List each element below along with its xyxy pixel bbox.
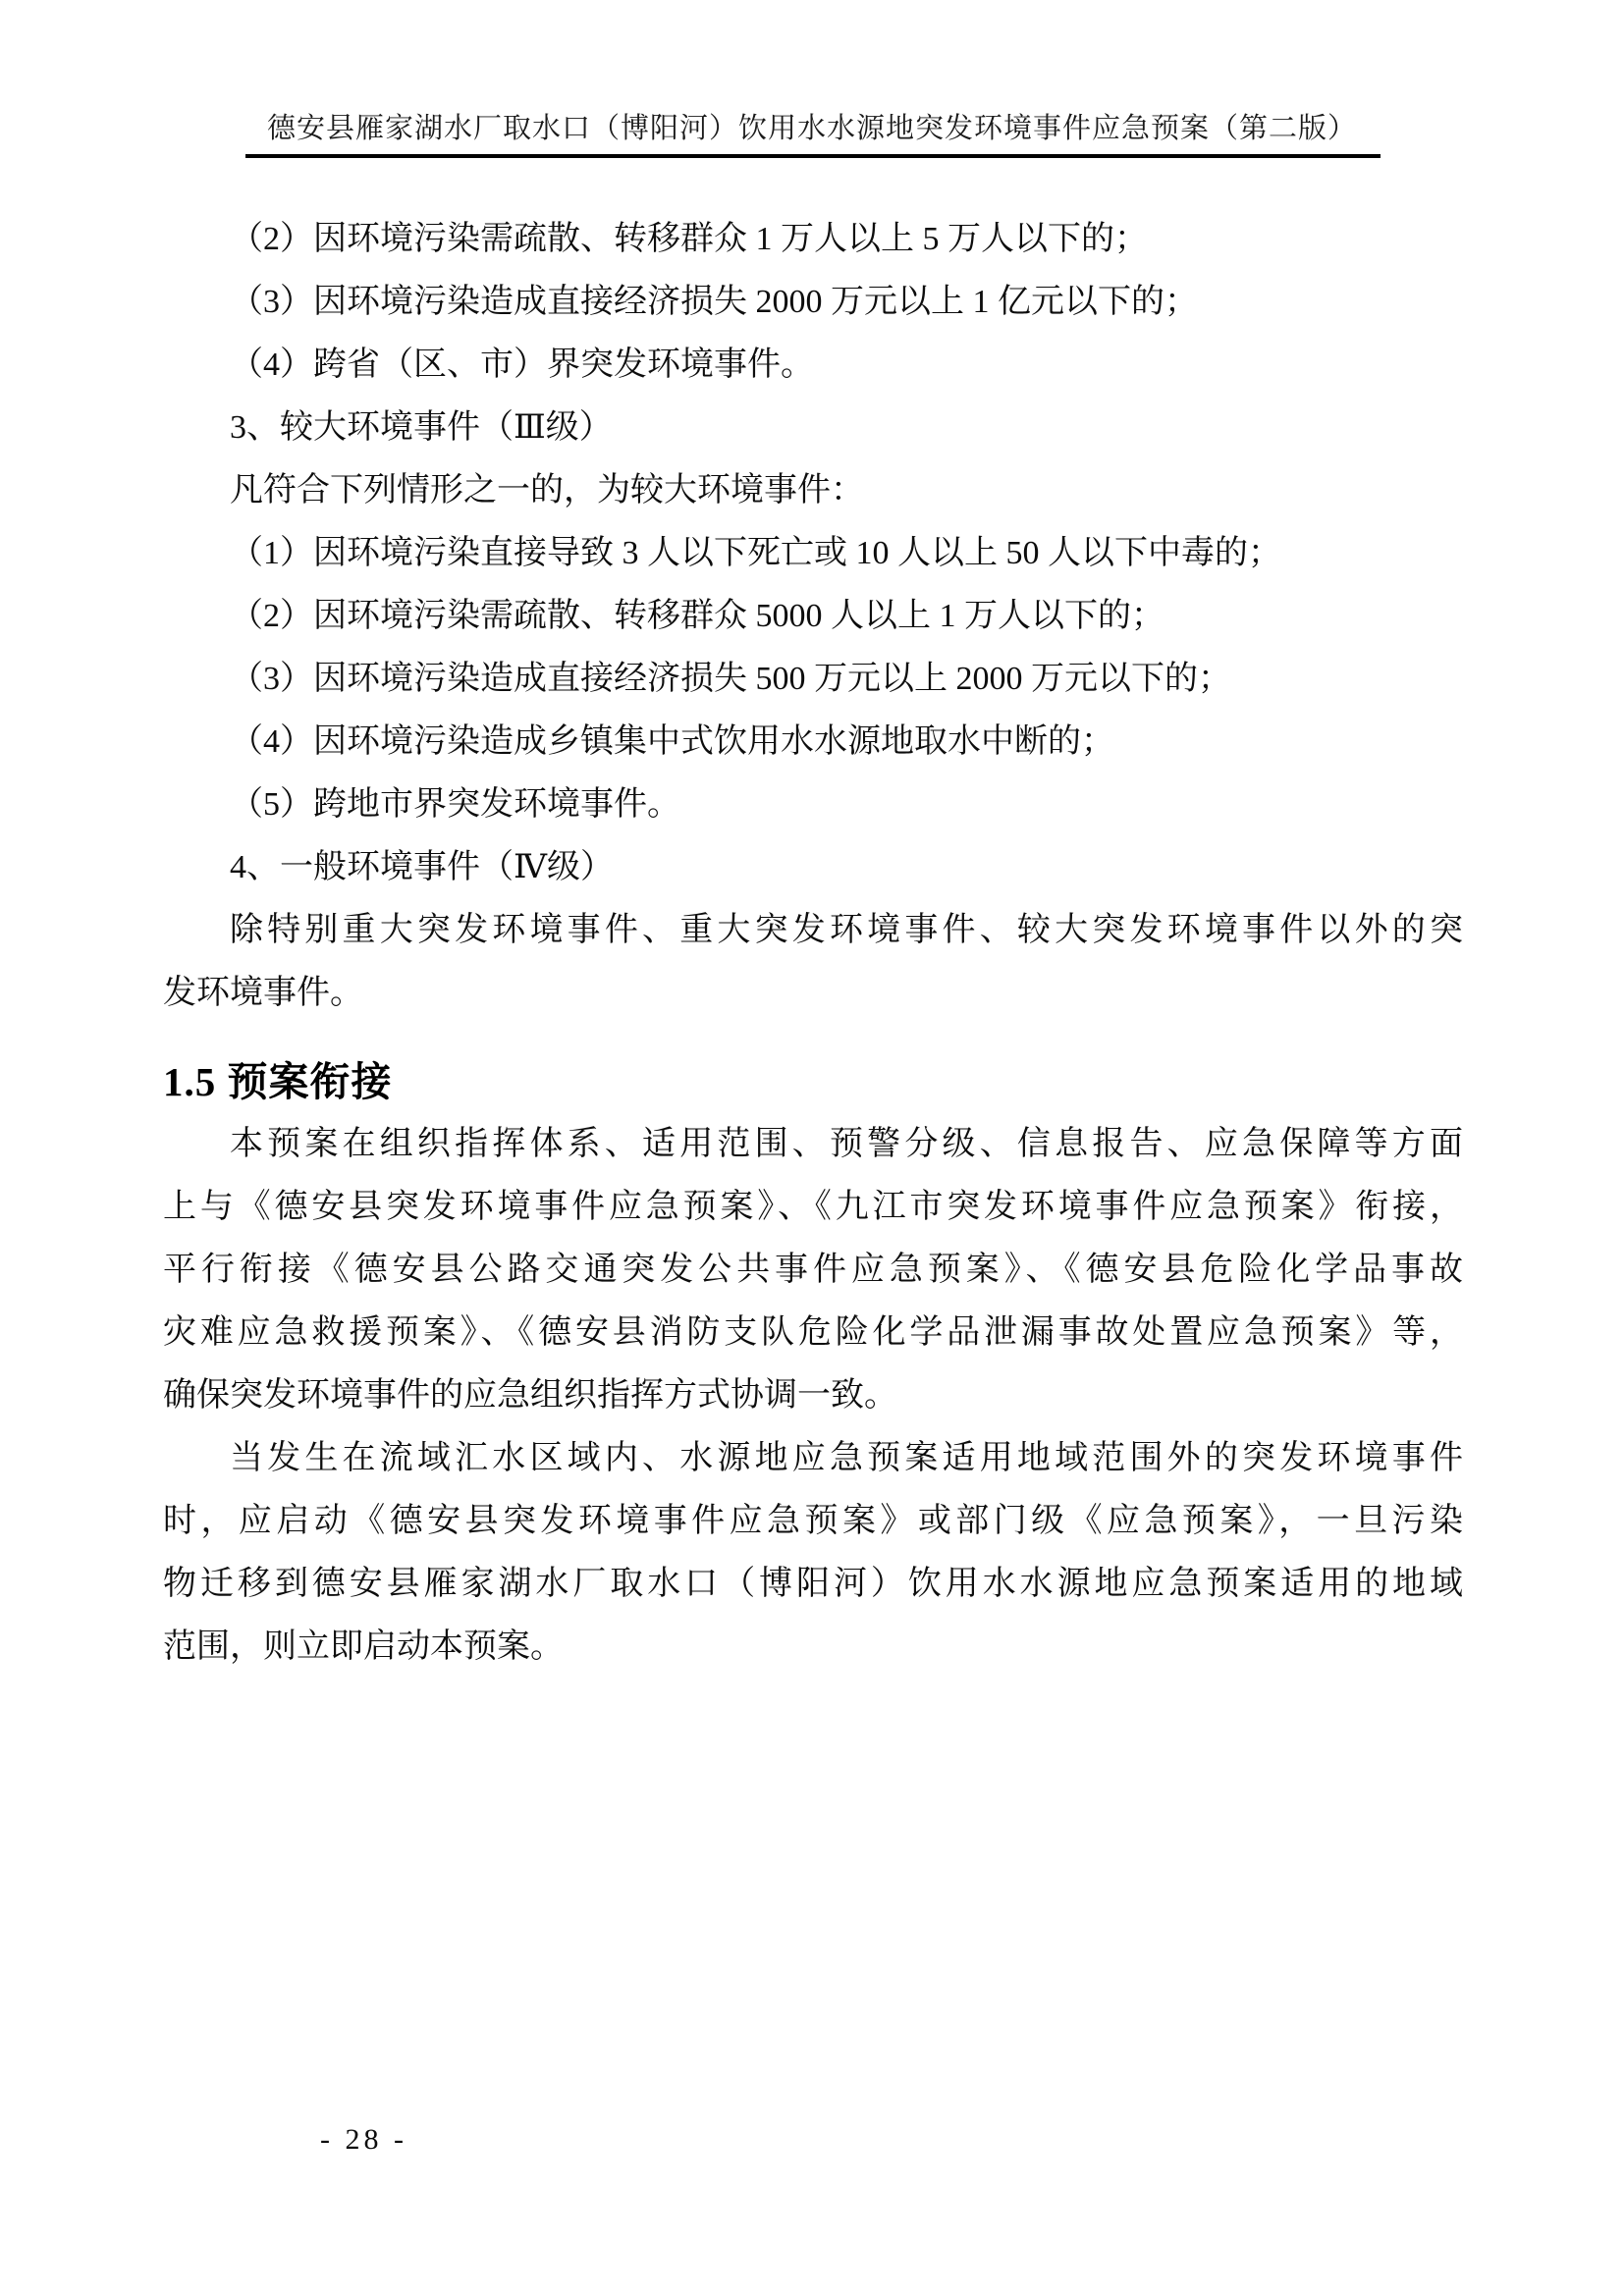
page-header-title: 德安县雁家湖水厂取水口（博阳河）饮用水水源地突发环境事件应急预案（第二版） xyxy=(0,106,1624,151)
doc-line: 确保突发环境事件的应急组织指挥方式协调一致。 xyxy=(163,1364,1463,1427)
doc-line: 平行衔接《德安县公路交通突发公共事件应急预案》、《德安县危险化学品事故 xyxy=(163,1239,1463,1302)
doc-line: （2）因环境污染需疏散、转移群众 1 万人以上 5 万人以下的； xyxy=(163,208,1463,271)
section-heading-1-5: 1.5 预案衔接 xyxy=(163,1025,1463,1113)
doc-line: 物迁移到德安县雁家湖水厂取水口（博阳河）饮用水水源地应急预案适用的地域 xyxy=(163,1553,1463,1616)
doc-line: （1）因环境污染直接导致 3 人以下死亡或 10 人以上 50 人以下中毒的； xyxy=(163,522,1463,585)
doc-line: 凡符合下列情形之一的，为较大环境事件： xyxy=(163,459,1463,522)
doc-line: （3）因环境污染造成直接经济损失 2000 万元以上 1 亿元以下的； xyxy=(163,271,1463,334)
doc-line: 灾难应急救援预案》、《德安县消防支队危险化学品泄漏事故处置应急预案》等， xyxy=(163,1302,1463,1364)
doc-line: 当发生在流域汇水区域内、水源地应急预案适用地域范围外的突发环境事件 xyxy=(163,1427,1463,1490)
doc-line: 发环境事件。 xyxy=(163,962,1463,1025)
doc-line: 4、一般环境事件（Ⅳ级） xyxy=(163,836,1463,899)
page-number: - 28 - xyxy=(320,2123,407,2157)
doc-line: 时，应启动《德安县突发环境事件应急预案》或部门级《应急预案》，一旦污染 xyxy=(163,1490,1463,1553)
doc-line: （5）跨地市界突发环境事件。 xyxy=(163,774,1463,836)
doc-line: （4）跨省（区、市）界突发环境事件。 xyxy=(163,334,1463,397)
document-page: 德安县雁家湖水厂取水口（博阳河）饮用水水源地突发环境事件应急预案（第二版） （2… xyxy=(0,0,1624,2296)
doc-line: （2）因环境污染需疏散、转移群众 5000 人以上 1 万人以下的； xyxy=(163,585,1463,648)
doc-line: （3）因环境污染造成直接经济损失 500 万元以上 2000 万元以下的； xyxy=(163,648,1463,711)
doc-line: 本预案在组织指挥体系、适用范围、预警分级、信息报告、应急保障等方面 xyxy=(163,1113,1463,1176)
doc-line: 3、较大环境事件（Ⅲ级） xyxy=(163,397,1463,459)
header-divider-rule xyxy=(245,154,1380,158)
doc-line: （4）因环境污染造成乡镇集中式饮用水水源地取水中断的； xyxy=(163,711,1463,774)
page-header: 德安县雁家湖水厂取水口（博阳河）饮用水水源地突发环境事件应急预案（第二版） xyxy=(0,106,1624,151)
doc-line: 上与《德安县突发环境事件应急预案》、《九江市突发环境事件应急预案》衔接， xyxy=(163,1176,1463,1239)
document-body: （2）因环境污染需疏散、转移群众 1 万人以上 5 万人以下的； （3）因环境污… xyxy=(163,208,1463,1679)
doc-line: 除特别重大突发环境事件、重大突发环境事件、较大突发环境事件以外的突 xyxy=(163,899,1463,962)
doc-line: 范围，则立即启动本预案。 xyxy=(163,1616,1463,1679)
